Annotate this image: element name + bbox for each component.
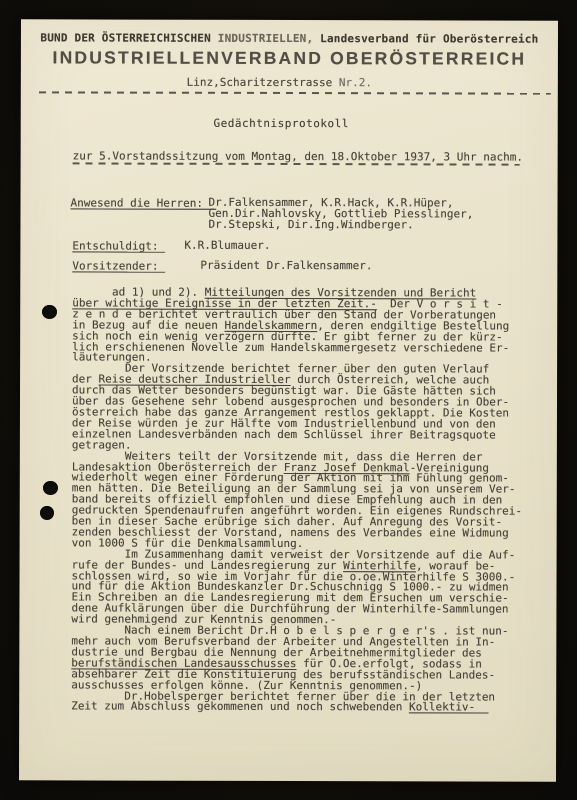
excused-names: K.R.Blumauer.: [184, 240, 270, 251]
text-segment: Linz,Scharitzerstrasse: [187, 76, 339, 89]
letterhead-stamp-title: INDUSTRIELLENVERBAND OBERÖSTERREICH: [21, 47, 558, 69]
document-title: Gedächtnisprotokoll: [13, 116, 550, 130]
chair-name: Präsident Dr.Falkensammer.: [200, 260, 372, 271]
text-segment: Landesverband für Oberösterreich: [313, 32, 538, 46]
session-dashed-rule: [73, 162, 520, 165]
text-segment: Dr.Stepski, Dir.Ing.Windberger.: [208, 218, 413, 232]
punch-hole: [42, 305, 57, 319]
text-segment: INDUSTRIELLEN,: [218, 32, 314, 45]
excused-label: Entschuldigt:: [72, 239, 165, 252]
session-date-line: zur 5.Vorstandssitzung vom Montag, den 1…: [73, 149, 523, 163]
letterhead-org-line: BUND DER ÖSTERREICHISCHEN INDUSTRIELLEN,…: [21, 31, 558, 45]
text-segment: BUND DER ÖSTERREICHISCHEN: [40, 31, 217, 44]
text-segment: einzelnen Landesverbänden nach dem Schlü…: [72, 427, 496, 441]
present-names: Dr.Falkensammer, K.R.Hack, K.R.Hüper,Gen…: [208, 197, 473, 231]
letterhead-address: Linz,Scharitzerstrasse Nr.2.: [11, 75, 548, 89]
scan-background: BUND DER ÖSTERREICHISCHEN INDUSTRIELLEN,…: [0, 0, 577, 800]
text-segment: Kollektiv-: [409, 701, 489, 714]
text-line: Zeit zum Abschluss gekommenen und noch s…: [71, 702, 521, 714]
present-label: Anwesend die Herren:: [70, 196, 216, 209]
minutes-body-text: ad 1) und 2). Mitteilungen des Vorsitzen…: [71, 287, 522, 714]
text-line: Linz,Scharitzerstrasse Nr.2.: [11, 75, 548, 89]
letterhead-dashed-rule: [39, 91, 551, 94]
text-line: BUND DER ÖSTERREICHISCHEN INDUSTRIELLEN,…: [21, 31, 558, 45]
punch-hole: [43, 481, 58, 495]
text-line: Dr.Stepski, Dir.Ing.Windberger.: [208, 219, 473, 231]
chair-label: Vorsitzender:: [72, 259, 165, 272]
text-segment: Zeit zum Abschluss gekommenen und noch s…: [71, 700, 409, 714]
text-segment: Nr.2.: [339, 76, 372, 89]
document-page: BUND DER ÖSTERREICHISCHEN INDUSTRIELLEN,…: [19, 19, 558, 781]
text-line: einzelnen Landesverbänden nach dem Schlü…: [72, 429, 522, 441]
punch-hole: [40, 506, 54, 520]
